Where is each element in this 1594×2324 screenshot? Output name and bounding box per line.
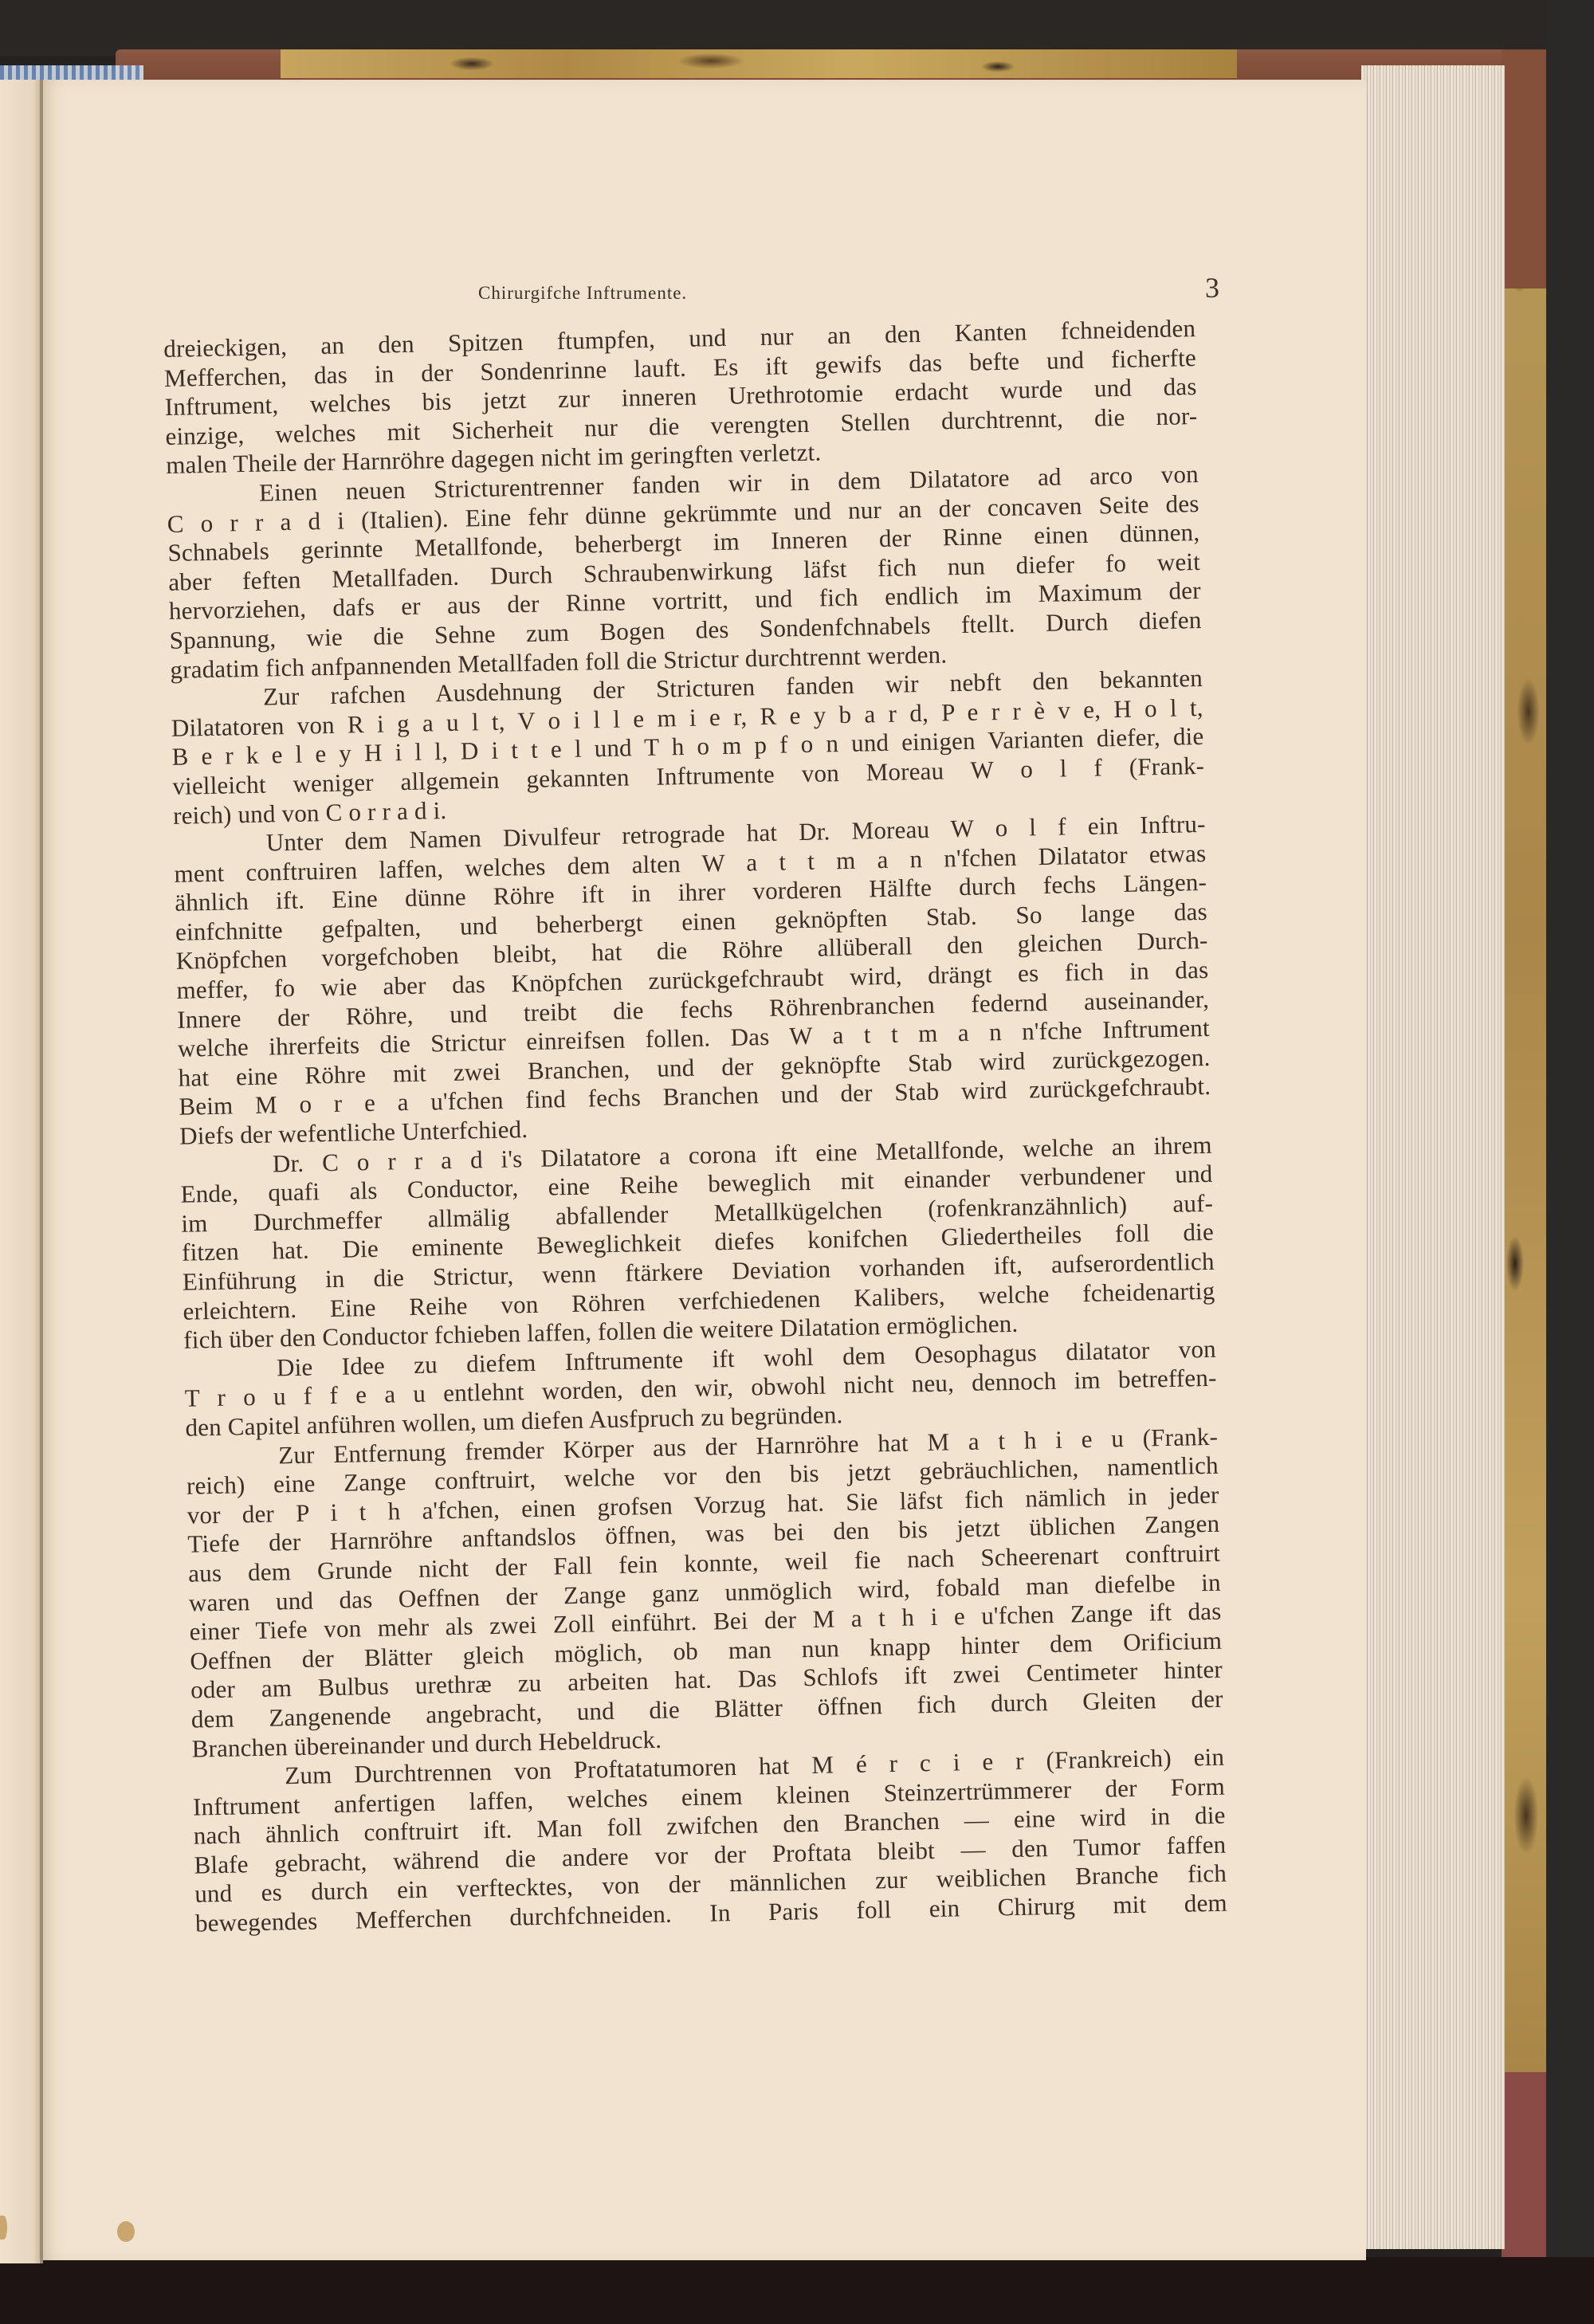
scan-background-right: [1546, 0, 1594, 2324]
running-head: Chirurgifche Inftrumente.: [478, 283, 687, 304]
body-text: dreieckigen, an den Spitzen ftumpfen, un…: [163, 314, 1227, 1938]
book-cover-marble-top: [281, 49, 1237, 78]
book-cover-marble-right: [1502, 49, 1546, 2257]
scan-background-top: [0, 0, 1594, 56]
page-block-edges: [1361, 65, 1505, 2249]
page-gutter: [40, 80, 43, 2263]
left-page-edge: [0, 80, 41, 2263]
paper-stain: [117, 2221, 135, 2242]
book-cover-corner-bottom: [1502, 2072, 1546, 2257]
page-number: 3: [1205, 271, 1219, 304]
scan-background-bottom: [0, 2257, 1594, 2324]
book-cover-corner-top: [1502, 49, 1546, 289]
paper-stain-left: [0, 2216, 7, 2240]
